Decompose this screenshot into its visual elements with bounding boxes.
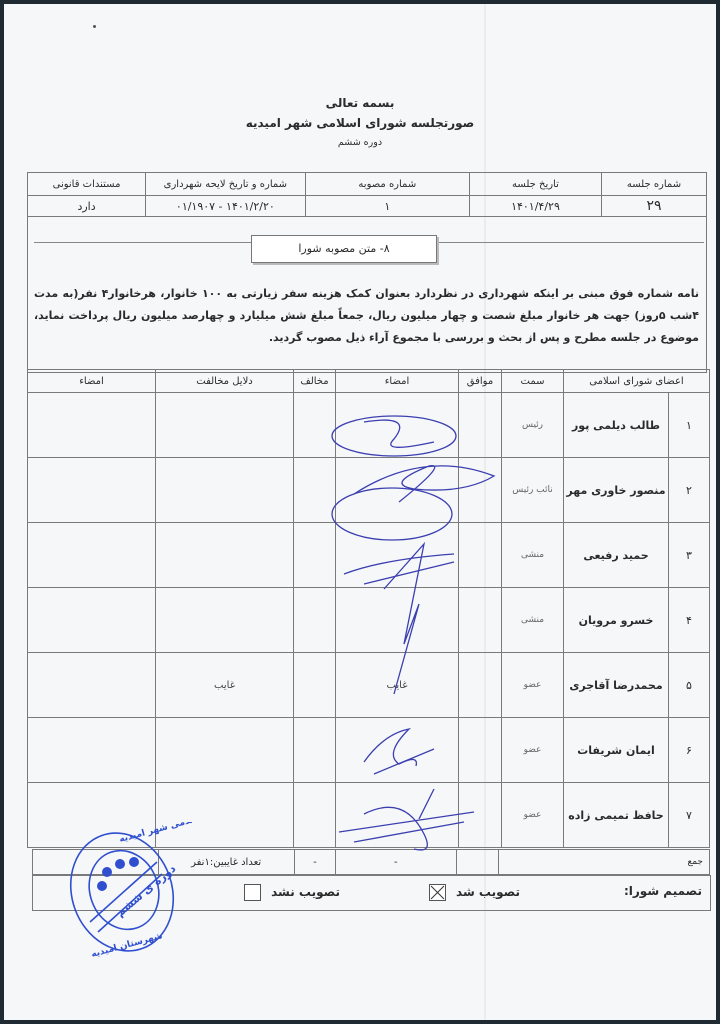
member-index: ۴ <box>669 588 710 653</box>
oppose-cell <box>294 523 336 588</box>
col-agree: موافق <box>459 370 502 393</box>
signature-cell <box>336 393 459 458</box>
signature-cell <box>336 588 459 653</box>
agree-cell <box>459 458 502 523</box>
member-name: خسرو مرویان <box>564 588 669 653</box>
col-members: اعضای شورای اسلامی <box>564 370 710 393</box>
member-name: حمید رفیعی <box>564 523 669 588</box>
oppose-cell <box>294 393 336 458</box>
member-role: نائب رئیس <box>502 458 564 523</box>
rejected-checkbox[interactable] <box>244 884 261 901</box>
signature-cell <box>336 458 459 523</box>
document-page: بسمه تعالی صورتجلسه شورای اسلامی شهر امی… <box>4 4 716 1020</box>
table-row: ۳ حمید رفیعی منشی <box>28 523 710 588</box>
col-oppose: مخالف <box>294 370 336 393</box>
reasons-cell: غایب <box>156 653 294 718</box>
member-name: حافظ تمیمی زاده <box>564 783 669 848</box>
member-role: رئیس <box>502 393 564 458</box>
oppose-cell <box>294 458 336 523</box>
agree-cell <box>459 588 502 653</box>
member-index: ۷ <box>669 783 710 848</box>
signature2-cell <box>28 458 156 523</box>
sum-signature: - <box>336 850 457 875</box>
council-decision: تصمیم شورا: تصویب شد تصویب نشد <box>32 875 711 911</box>
member-index: ۲ <box>669 458 710 523</box>
signature2-cell <box>28 588 156 653</box>
member-index: ۶ <box>669 718 710 783</box>
table-row: ۲ منصور خاوری مهر نائب رئیس <box>28 458 710 523</box>
signature-cell: غایب <box>336 653 459 718</box>
agree-cell <box>459 718 502 783</box>
title-rule-right <box>436 242 704 243</box>
member-name: طالب دیلمی پور <box>564 393 669 458</box>
signature2-cell <box>28 783 156 848</box>
oppose-cell <box>294 588 336 653</box>
reasons-cell <box>156 783 294 848</box>
reasons-cell <box>156 458 294 523</box>
resolution-title: ۸- متن مصوبه شورا <box>251 235 437 263</box>
member-name: منصور خاوری مهر <box>564 458 669 523</box>
document-title: صورتجلسه شورای اسلامی شهر امیدیه <box>4 116 716 130</box>
member-index: ۳ <box>669 523 710 588</box>
signature2-cell <box>28 718 156 783</box>
reasons-cell <box>156 393 294 458</box>
col-reasons: دلایل مخالفت <box>156 370 294 393</box>
col-session-number: شماره جلسه <box>601 173 706 196</box>
member-index: ۵ <box>669 653 710 718</box>
oppose-cell <box>294 783 336 848</box>
agree-cell <box>459 653 502 718</box>
rejected-label: تصویب نشد <box>271 885 340 899</box>
signature2-cell <box>28 523 156 588</box>
col-legal-docs: مستندات قانونی <box>28 173 146 196</box>
table-row: ۵ محمدرضا آقاجری عضو غایب غایب <box>28 653 710 718</box>
sum-signature-2 <box>33 850 159 875</box>
term-subtitle: دوره ششم <box>4 137 716 148</box>
check-x-icon <box>430 885 445 900</box>
signature2-cell <box>28 393 156 458</box>
member-role: منشی <box>502 588 564 653</box>
col-signature-2: امضاء <box>28 370 156 393</box>
speck <box>93 25 96 28</box>
oppose-cell <box>294 653 336 718</box>
agree-cell <box>459 523 502 588</box>
reasons-cell <box>156 718 294 783</box>
reasons-cell <box>156 588 294 653</box>
approved-checkbox[interactable] <box>429 884 446 901</box>
col-bill-number-date: شماره و تاریخ لایحه شهرداری <box>146 173 306 196</box>
reasons-cell <box>156 523 294 588</box>
stamp-bottom-text: شهرستان امیدیه <box>90 931 164 960</box>
col-signature: امضاء <box>336 370 459 393</box>
rejected-option[interactable]: تصویب نشد <box>244 884 340 901</box>
table-row: ۱ طالب دیلمی پور رئیس <box>28 393 710 458</box>
title-rule-left <box>34 242 251 243</box>
member-name: محمدرضا آقاجری <box>564 653 669 718</box>
agree-cell <box>459 393 502 458</box>
member-name: ایمان شریفات <box>564 718 669 783</box>
approved-label: تصویب شد <box>456 885 520 899</box>
col-session-date: تاریخ جلسه <box>469 173 601 196</box>
vote-table: اعضای شورای اسلامی سمت موافق امضاء مخالف… <box>27 369 710 848</box>
sum-label: جمع <box>498 850 709 875</box>
signature-cell <box>336 718 459 783</box>
absent-count: تعداد غایبین:۱نفر <box>158 850 294 875</box>
table-row: ۴ خسرو مرویان منشی <box>28 588 710 653</box>
member-role: عضو <box>502 718 564 783</box>
sum-table: جمع - - تعداد غایبین:۱نفر <box>32 849 710 875</box>
decision-label: تصمیم شورا: <box>624 884 702 898</box>
basmala-heading: بسمه تعالی <box>4 96 716 110</box>
signature2-cell <box>28 653 156 718</box>
table-row: ۷ حافظ تمیمی زاده عضو <box>28 783 710 848</box>
table-row: ۶ ایمان شریفات عضو <box>28 718 710 783</box>
signature-cell <box>336 783 459 848</box>
member-role: عضو <box>502 653 564 718</box>
member-index: ۱ <box>669 393 710 458</box>
col-resolution-number: شماره مصوبه <box>305 173 469 196</box>
col-role: سمت <box>502 370 564 393</box>
agree-cell <box>459 783 502 848</box>
approved-option[interactable]: تصویب شد <box>429 884 520 901</box>
member-role: منشی <box>502 523 564 588</box>
sum-agree <box>456 850 498 875</box>
oppose-cell <box>294 718 336 783</box>
member-role: عضو <box>502 783 564 848</box>
sum-oppose: - <box>294 850 335 875</box>
resolution-body: نامه شماره فوق مبنی بر اینکه شهرداری در … <box>34 283 699 349</box>
signature-cell <box>336 523 459 588</box>
